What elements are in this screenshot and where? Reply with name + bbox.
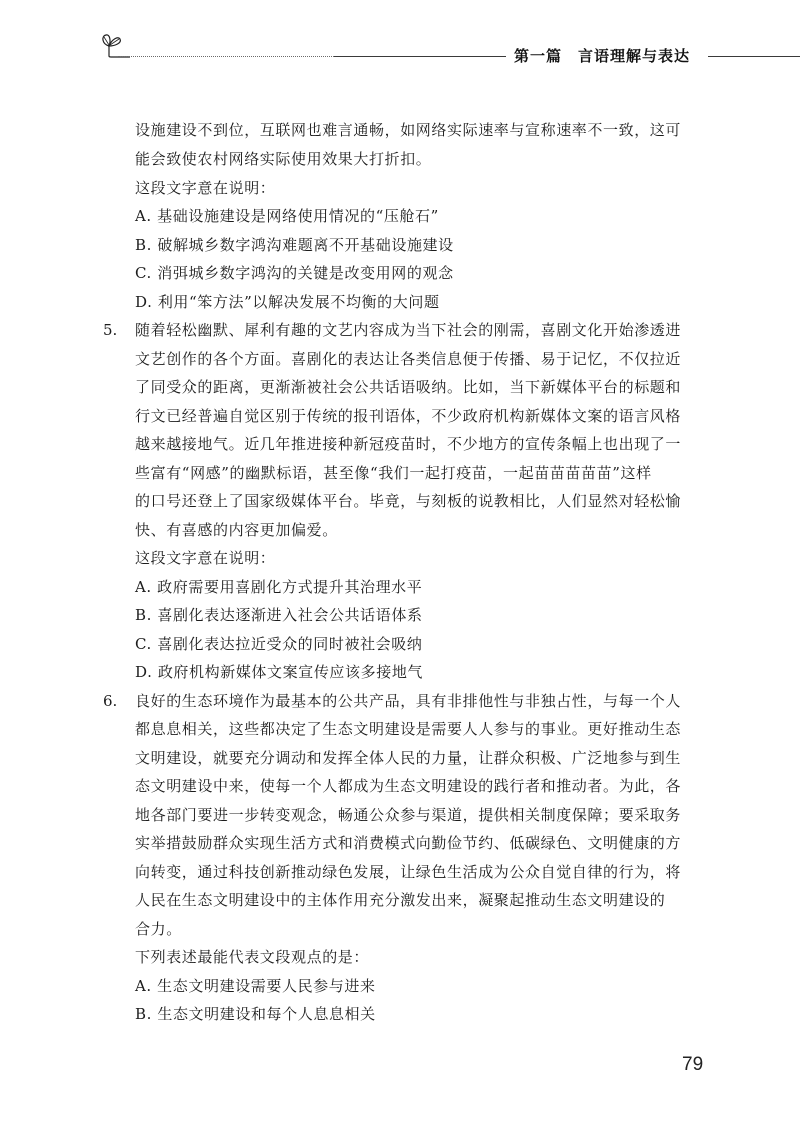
part-label: 第一篇 — [514, 45, 562, 66]
paragraph-line: 了同受众的距离，更渐渐被社会公共话语吸纳。比如，当下新媒体平台的标题和 — [135, 377, 681, 397]
paragraph-line: 文明建设，就要充分调动和发挥全体人民的力量，让群众积极、广泛地参与到生 — [135, 748, 681, 768]
option-a: A. 政府需要用喜剧化方式提升其治理水平 — [135, 577, 422, 597]
paragraph-line: 向转变，通过科技创新推动绿色发展，让绿色生活成为公众自觉自律的行为，将 — [135, 862, 681, 882]
paragraph-line: 快、有喜感的内容更加偏爱。 — [135, 520, 338, 540]
option-b: B. 生态文明建设和每个人息息相关 — [135, 1004, 376, 1024]
question-prompt: 这段文字意在说明： — [135, 548, 275, 568]
paragraph-line: 地各部门要进一步转变观念，畅通公众参与渠道，提供相关制度保障；要采取务 — [135, 805, 681, 825]
option-a: A. 生态文明建设需要人民参与进来 — [135, 976, 376, 996]
option-b: B. 破解城乡数字鸿沟难题离不开基础设施建设 — [135, 235, 454, 255]
paragraph-line: 合力。 — [135, 919, 182, 939]
paragraph-line: 设施建设不到位，互联网也难言通畅，如网络实际速率与宣称速率不一致，这可 — [135, 120, 681, 140]
option-a: A. 基础设施建设是网络使用情况的“压舱石” — [135, 206, 439, 226]
option-c: C. 消弭城乡数字鸿沟的关键是改变用网的观念 — [135, 263, 454, 283]
option-c: C. 喜剧化表达拉近受众的同时被社会吸纳 — [135, 634, 422, 654]
paragraph-line: 随着轻松幽默、犀利有趣的文艺内容成为当下社会的刚需，喜剧文化开始渗透进 — [135, 320, 681, 340]
paragraph-line: 良好的生态环境作为最基本的公共产品，具有非排他性与非独占性，与每一个人 — [135, 691, 681, 711]
option-d: D. 利用“笨方法”以解决发展不均衡的大问题 — [135, 292, 440, 312]
paragraph-line: 文艺创作的各个方面。喜剧化的表达让各类信息便于传播、易于记忆，不仅拉近 — [135, 349, 681, 369]
paragraph-line: 越来越接地气。近几年推进接种新冠疫苗时，不少地方的宣传条幅上也出现了一 — [135, 434, 681, 454]
header-rule-right — [708, 56, 800, 57]
chapter-title: 第一篇言语理解与表达 — [514, 45, 690, 66]
running-header: 第一篇言语理解与表达 — [0, 0, 800, 80]
option-b: B. 喜剧化表达逐渐进入社会公共话语体系 — [135, 605, 423, 625]
option-d: D. 政府机构新媒体文案宣传应该多接地气 — [135, 662, 423, 682]
question-prompt: 下列表述最能代表文段观点的是： — [135, 947, 369, 967]
paragraph-line: 实举措鼓励群众实现生活方式和消费模式向勤俭节约、低碳绿色、文明健康的方 — [135, 833, 681, 853]
paragraph-line: 行文已经普遍自觉区别于传统的报刊语体，不少政府机构新媒体文案的语言风格 — [135, 406, 681, 426]
paragraph-line: 都息息相关，这些都决定了生态文明建设是需要人人参与的事业。更好推动生态 — [135, 719, 681, 739]
question-number: 5. — [103, 320, 117, 340]
header-dotted-rule — [118, 56, 334, 57]
header-rule-left — [334, 56, 506, 57]
section-label: 言语理解与表达 — [578, 45, 690, 66]
page-number: 79 — [682, 1054, 703, 1076]
paragraph-line: 人民在生态文明建设中的主体作用充分激发出来，凝聚起推动生态文明建设的 — [135, 890, 665, 910]
paragraph-line: 能会致使农村网络实际使用效果大打折扣。 — [135, 149, 431, 169]
question-number: 6. — [103, 691, 117, 711]
question-prompt: 这段文字意在说明： — [135, 178, 275, 198]
paragraph-line: 态文明建设中来，使每一个人都成为生态文明建设的践行者和推动者。为此，各 — [135, 776, 681, 796]
sprout-icon — [100, 30, 130, 62]
paragraph-line: 些富有“网感”的幽默标语，甚至像“我们一起打疫苗，一起苗苗苗苗苗”这样 — [135, 463, 652, 483]
paragraph-line: 的口号还登上了国家级媒体平台。毕竟，与刻板的说教相比，人们显然对轻松愉 — [135, 491, 681, 511]
